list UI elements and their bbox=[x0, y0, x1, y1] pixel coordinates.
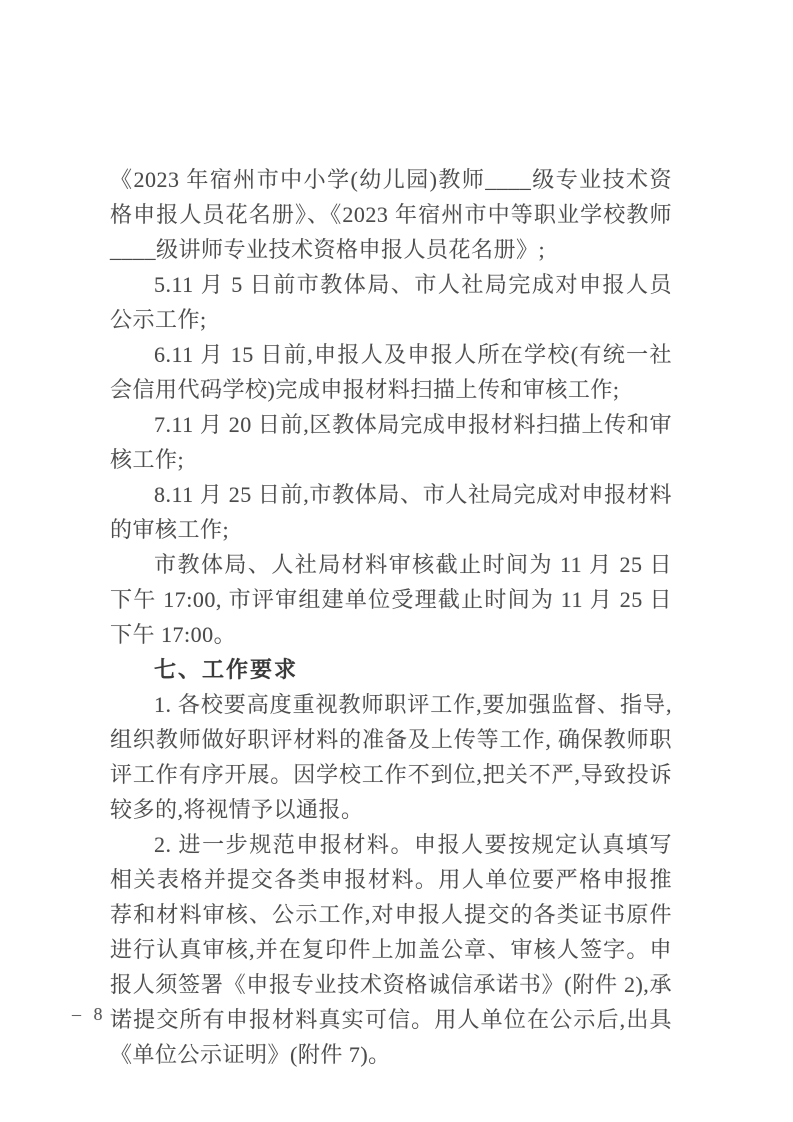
paragraph-requirement-1-school-responsibility: 1. 各校要高度重视教师职评工作,要加强监督、指导,组织教师做好职评材料的准备及… bbox=[110, 687, 672, 827]
list-item-8-city-bureau-review-deadline: 8.11 月 25 日前,市教体局、市人社局完成对申报材料的审核工作; bbox=[110, 477, 672, 547]
list-item-7-district-bureau-deadline: 7.11 月 20 日前,区教体局完成申报材料扫描上传和审核工作; bbox=[110, 407, 672, 477]
paragraph-review-cutoff-times: 市教体局、人社局材料审核截止时间为 11 月 25 日下午 17:00, 市评审… bbox=[110, 547, 672, 652]
paragraph-requirement-2-material-standards: 2. 进一步规范申报材料。申报人要按规定认真填写相关表格并提交各类申报材料。用人… bbox=[110, 827, 672, 1072]
list-item-5-publicity-deadline: 5.11 月 5 日前市教体局、市人社局完成对申报人员公示工作; bbox=[110, 267, 672, 337]
document-page: 《2023 年宿州市中小学(幼儿园)教师____级专业技术资格申报人员花名册》、… bbox=[0, 0, 793, 1122]
paragraph-rosters-continued: 《2023 年宿州市中小学(幼儿园)教师____级专业技术资格申报人员花名册》、… bbox=[110, 162, 672, 267]
document-body: 《2023 年宿州市中小学(幼儿园)教师____级专业技术资格申报人员花名册》、… bbox=[110, 162, 672, 1072]
page-number: – 8 – bbox=[72, 1000, 128, 1028]
section-heading-work-requirements: 七、工作要求 bbox=[110, 652, 672, 687]
list-item-6-applicant-upload-deadline: 6.11 月 15 日前,申报人及申报人所在学校(有统一社会信用代码学校)完成申… bbox=[110, 337, 672, 407]
